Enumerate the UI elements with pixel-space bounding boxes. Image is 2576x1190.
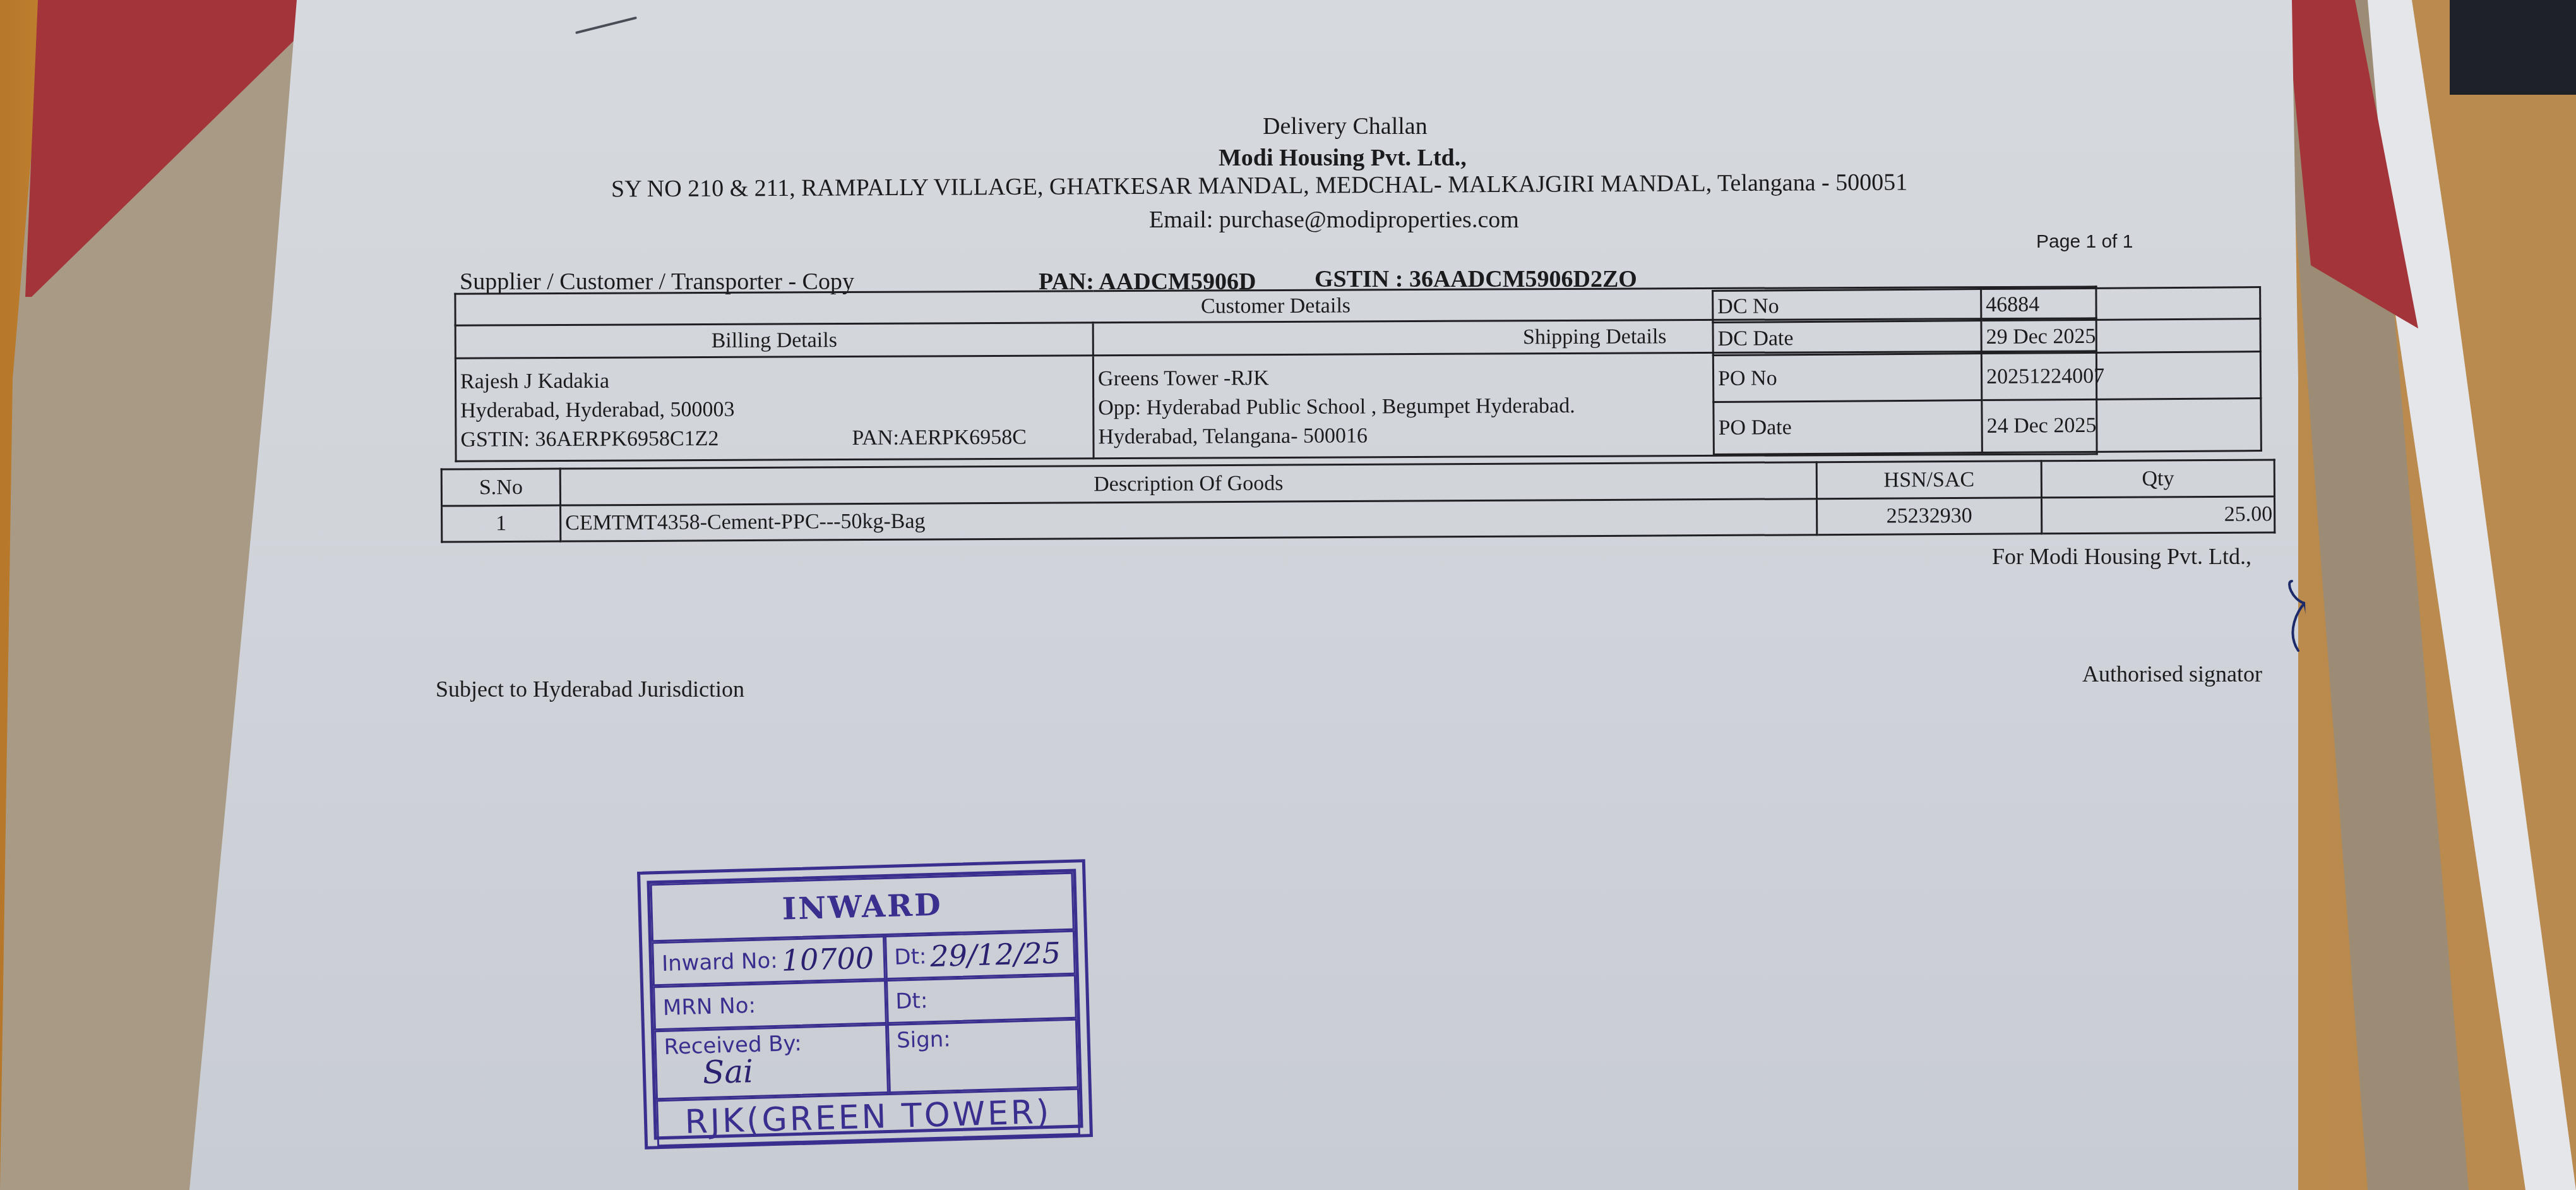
po-date-value: 24 Dec 2025 [1982,398,2262,452]
col-header-sno: S.No [441,469,560,506]
po-no-value: 20251224007 [1981,351,2261,400]
stamp-date-value: 29/12/25 [930,935,1061,973]
col-header-hsn: HSN/SAC [1816,461,2041,499]
row-qty: 25.00 [2041,496,2274,534]
col-header-qty: Qty [2041,460,2274,498]
goods-table: S.No Description Of Goods HSN/SAC Qty 1 … [441,459,2276,543]
billing-details: Rajesh J Kadakia Hyderabad, Hyderabad, 5… [455,356,1094,461]
stamp-inward-no-value: 10700 [781,941,874,978]
row-hsn: 25232930 [1816,498,2041,535]
stamp-received-by-value: Sai [702,1057,753,1086]
dark-corner [2450,0,2576,95]
dc-no-label: DC No [1713,289,1981,323]
billing-header: Billing Details [455,323,1093,358]
dc-date-value: 29 Dec 2025 [1981,318,2260,353]
billing-name: Rajesh J Kadakia [460,364,1088,396]
company-email: Email: purchase@modiproperties.com [1149,206,1519,234]
stamp-mrn-label: MRN No: [653,980,886,1030]
pen-mark [575,16,637,34]
billing-address: Hyderabad, Hyderabad, 500003 [460,394,1088,425]
row-description: CEMTMT4358-Cement-PPC---50kg-Bag [561,499,1817,541]
delivery-challan-sheet: Delivery Challan Modi Housing Pvt. Ltd.,… [189,0,2298,1190]
stamp-mrn-date-label: Dt: [885,975,1076,1024]
for-company: For Modi Housing Pvt. Ltd., [1992,543,2251,570]
company-address: SY NO 210 & 211, RAMPALLY VILLAGE, GHATK… [611,169,1907,203]
po-date-label: PO Date [1714,400,1983,455]
jurisdiction-note: Subject to Hyderabad Jurisdiction [436,676,744,702]
billing-gstin: GSTIN: 36AERPK6958C1Z2 [460,424,852,455]
stamp-received-by: Received By: Sai [654,1024,888,1100]
stamp-date-label: Dt: [894,944,927,970]
stamp-sign-label: Sign: [886,1019,1078,1093]
authorised-signatory: Authorised signator [2082,661,2262,687]
company-name: Modi Housing Pvt. Ltd., [1219,144,1467,172]
col-header-description: Description Of Goods [560,462,1816,505]
page-number: Page 1 of 1 [2036,231,2133,253]
po-no-label: PO No [1713,354,1982,402]
inward-stamp: INWARD Inward No: 10700 Dt: 29/12/25 MRN… [637,859,1093,1150]
document-title: Delivery Challan [1263,112,1428,140]
stamp-date: Dt: 29/12/25 [884,930,1075,980]
dc-date-label: DC Date [1713,321,1981,356]
stamp-inward-no: Inward No: 10700 [652,935,885,986]
dc-po-table: DC No 46884 DC Date 29 Dec 2025 PO No 20… [1712,286,2262,455]
dc-no-value: 46884 [1981,287,2260,320]
stamp-inward-no-label: Inward No: [662,948,778,977]
row-sno: 1 [442,505,561,542]
billing-pan: PAN:AERPK6958C [852,423,1027,453]
